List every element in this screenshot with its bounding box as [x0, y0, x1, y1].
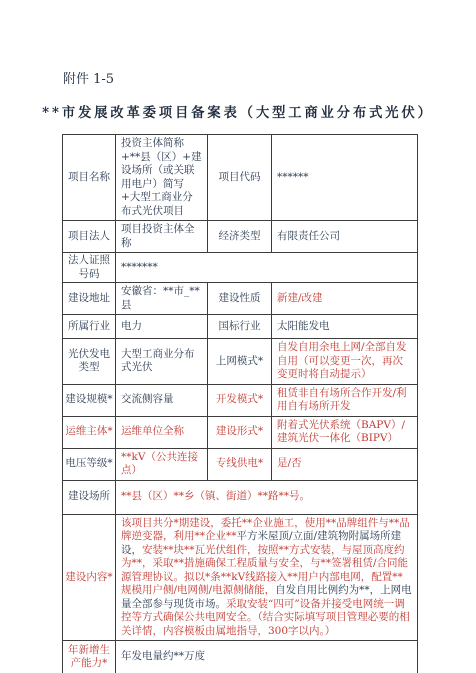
field-label-construction-site: 建设场所 [63, 480, 116, 514]
field-value-dedicated-line: 是/否 [272, 448, 418, 480]
field-label-voltage-level: 电压等级* [63, 448, 116, 480]
field-label-certificate-number: 法人证照号码 [63, 253, 116, 283]
field-value-construction-content: 该项目共分*期建设，委托**企业施工，使用**品牌组件与**品牌逆变器，利用**… [116, 514, 418, 641]
table-row-construction-address: 建设地址 安徽省：**市_**县 建设性质 新建/改建 [63, 283, 418, 315]
table-row-pv-type: 光伏发电类型 大型工商业分布式光伏 上网模式* 自发自用余电上网/全部自发自用（… [63, 339, 418, 385]
table-row-legal-person: 项目法人 项目投资主体全称 经济类型 有限责任公司 [63, 221, 418, 253]
field-label-economic-type: 经济类型 [208, 221, 272, 253]
field-value-project-code: ****** [272, 135, 418, 221]
field-label-project-code: 项目代码 [208, 135, 272, 221]
table-row-voltage-level: 电压等级* **kV（公共连接点） 专线供电* 是/否 [63, 448, 418, 480]
table-row-construction-site: 建设场所 **县（区）**乡（镇、街道）**路**号。 [63, 480, 418, 514]
field-value-voltage-level: **kV（公共连接点） [116, 448, 208, 480]
table-row-certificate-number: 法人证照号码 ******* [63, 253, 418, 283]
table-row-industry: 所属行业 电力 国标行业 太阳能发电 [63, 315, 418, 339]
field-label-pv-type: 光伏发电类型 [63, 339, 116, 385]
field-value-industry: 电力 [116, 315, 208, 339]
field-label-construction-scale: 建设规模* [63, 384, 116, 416]
field-label-construction-form: 建设形式* [208, 416, 272, 448]
field-label-legal-person: 项目法人 [63, 221, 116, 253]
field-label-om-entity: 运维主体* [63, 416, 116, 448]
field-value-om-entity: 运维单位全称 [116, 416, 208, 448]
document-page: 附件 1-5 **市发展改革委项目备案表（大型工商业分布式光伏） 项目名称 投资… [0, 0, 476, 673]
table-row-annual-capacity: 年新增生产能力* 年发电量约**万度 [63, 641, 418, 673]
field-label-industry: 所属行业 [63, 315, 116, 339]
table-row-construction-content: 建设内容* 该项目共分*期建设，委托**企业施工，使用**品牌组件与**品牌逆变… [63, 514, 418, 641]
table-row-om-entity: 运维主体* 运维单位全称 建设形式* 附着式光伏系统（BAPV）/建筑光伏一体化… [63, 416, 418, 448]
field-label-project-name: 项目名称 [63, 135, 116, 221]
field-label-construction-nature: 建设性质 [208, 283, 272, 315]
attachment-label: 附件 1-5 [63, 68, 476, 87]
field-value-construction-form: 附着式光伏系统（BAPV）/建筑光伏一体化（BIPV） [272, 416, 418, 448]
field-value-grid-mode: 自发自用余电上网/全部自发自用（可以变更一次，再次变更时将自动提示） [272, 339, 418, 385]
project-filing-table: 项目名称 投资主体简称+**县（区）+建设场所（或关联用电户）简写+大型工商业分… [62, 134, 418, 673]
form-title: **市发展改革委项目备案表（大型工商业分布式光伏） [5, 101, 471, 121]
field-value-project-name: 投资主体简称+**县（区）+建设场所（或关联用电户）简写+大型工商业分布式光伏项… [116, 135, 208, 221]
field-value-legal-person: 项目投资主体全称 [116, 221, 208, 253]
field-label-dedicated-line: 专线供电* [208, 448, 272, 480]
field-value-certificate-number: ******* [116, 253, 418, 283]
field-label-grid-mode: 上网模式* [208, 339, 272, 385]
field-value-development-mode: 租赁非自有场所合作开发/利用自有场所开发 [272, 384, 418, 416]
field-label-development-mode: 开发模式* [208, 384, 272, 416]
field-label-construction-address: 建设地址 [63, 283, 116, 315]
field-label-annual-capacity: 年新增生产能力* [63, 641, 116, 673]
field-value-economic-type: 有限责任公司 [272, 221, 418, 253]
field-label-construction-content: 建设内容* [63, 514, 116, 641]
field-value-construction-scale: 交流侧容量 [116, 384, 208, 416]
field-value-construction-nature: 新建/改建 [272, 283, 418, 315]
field-value-national-standard-industry: 太阳能发电 [272, 315, 418, 339]
field-value-construction-site: **县（区）**乡（镇、街道）**路**号。 [116, 480, 418, 514]
field-label-national-standard-industry: 国标行业 [208, 315, 272, 339]
field-value-pv-type: 大型工商业分布式光伏 [116, 339, 208, 385]
field-value-construction-address: 安徽省：**市_**县 [116, 283, 208, 315]
field-value-annual-capacity: 年发电量约**万度 [116, 641, 418, 673]
table-row-project-name: 项目名称 投资主体简称+**县（区）+建设场所（或关联用电户）简写+大型工商业分… [63, 135, 418, 221]
table-row-construction-scale: 建设规模* 交流侧容量 开发模式* 租赁非自有场所合作开发/利用自有场所开发 [63, 384, 418, 416]
